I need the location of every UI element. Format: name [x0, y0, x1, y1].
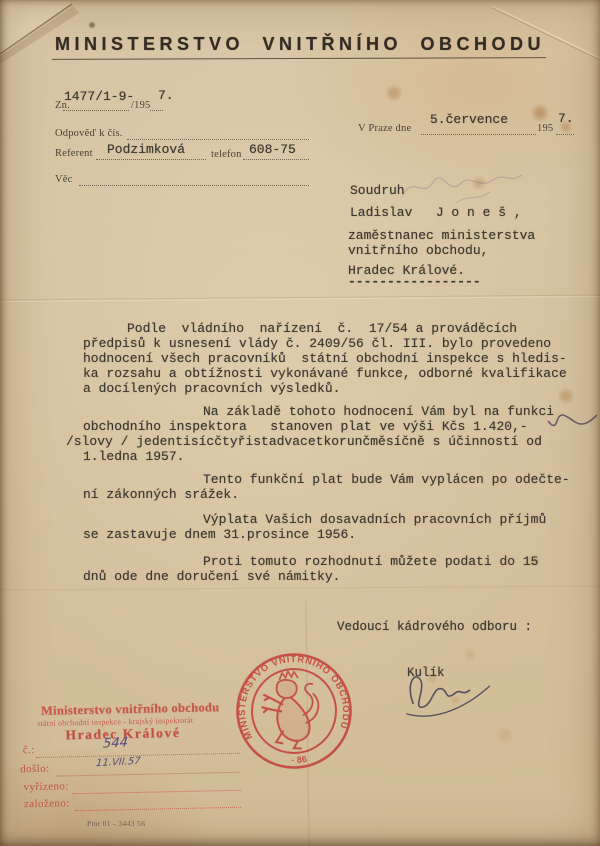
paragraph-line: Podle vládního nařízení č. 17/54 a prová…	[83, 321, 567, 336]
addressee-role-1: zaměstnanec ministerstva	[348, 228, 535, 243]
referent-value: Podzimková	[107, 142, 185, 157]
registry-row-received-line	[56, 770, 240, 777]
zn-value: 1477/1-9-	[64, 89, 134, 104]
paragraph-line: ka rozsahu a obtížnosti vykonávané funkc…	[83, 366, 567, 381]
paragraph-line: ní zákonných srážek.	[83, 487, 570, 502]
ministry-header-title: MINISTERSTVO VNITŘNÍHO OBCHODU	[50, 34, 550, 55]
vec-label: Věc	[55, 174, 73, 185]
signature-scribble	[395, 657, 505, 723]
paragraph-line: 1.ledna 1957.	[83, 449, 554, 464]
registry-row-filed-line	[75, 805, 241, 811]
paragraph-line: a docílených pracovních výsledků.	[83, 381, 567, 396]
czech-lion-emblem	[259, 669, 323, 752]
paragraph-line: Na základě tohoto hodnocení Vám byl na f…	[83, 404, 554, 419]
paragraph-line: se zastavuje dnem 31.prosince 1956.	[83, 527, 546, 542]
referent-label: Referent	[55, 148, 93, 159]
paragraph-line: Tento funkční plat bude Vám vyplácen po …	[83, 472, 570, 487]
date-dotted-line	[421, 132, 536, 135]
addressee-role-2: vnitřního obchodu,	[348, 243, 488, 258]
paragraph-1: Podle vládního nařízení č. 17/54 a prová…	[83, 321, 567, 396]
addressee-salutation: Soudruh	[350, 183, 405, 198]
registry-row-processed-label: vyřízeno:	[23, 780, 68, 793]
paragraph-4: Výplata Vašich dosavadních pracovních př…	[83, 512, 546, 542]
scanned-letter-page: MINISTERSTVO VNITŘNÍHO OBCHODU Zn. 1477/…	[0, 0, 600, 846]
date-year-value: 7.	[558, 111, 574, 126]
addressee-underline-dashes: -----------------	[348, 274, 481, 289]
odpoved-dotted-line	[127, 137, 309, 140]
referent-dotted-line	[96, 157, 206, 160]
registry-row-filed-label: založeno:	[24, 797, 70, 810]
handwritten-file-number: 544	[102, 735, 128, 751]
paragraph-line: hodnocení všech pracovníků státní obchod…	[83, 351, 567, 366]
paragraph-2: Na základě tohoto hodnocení Vám byl na f…	[83, 404, 554, 464]
telefon-label: telefon	[211, 149, 242, 160]
crease-horizontal-faint	[0, 586, 600, 590]
date-value: 5.července	[430, 112, 508, 127]
vec-dotted-line	[79, 183, 309, 186]
registry-row-number-label: č.:	[23, 744, 35, 756]
date-year-line	[556, 132, 574, 135]
paragraph-3: Tento funkční plat bude Vám vyplácen po …	[83, 472, 570, 502]
pencil-scribble	[398, 163, 533, 211]
print-code: Pmt 01 - 3443 56	[87, 819, 146, 828]
zn-dotted-line	[63, 108, 129, 111]
zn-printed-suffix: /195	[131, 100, 150, 111]
place-date-label: V Praze dne	[358, 123, 411, 134]
stamp-number: · 86	[291, 754, 307, 766]
zn-year-line	[150, 108, 163, 111]
addressee-name: Ladislav J o n e š ,	[350, 205, 522, 220]
telefon-value: 608-75	[249, 142, 296, 157]
odpoved-label: Odpověď k čís.	[55, 128, 123, 139]
telefon-dotted-line	[243, 157, 309, 160]
paragraph-line: /slovy / jedentisícčtyřistadvacetkorunčm…	[66, 434, 554, 449]
registry-row-processed-line	[73, 788, 241, 795]
paragraph-line: předpisů k usnesení vlády č. 2409/56 čl.…	[83, 336, 567, 351]
registry-row-received-label: došlo:	[20, 763, 50, 776]
paragraph-line: obchodního inspektora stanoven plat ve v…	[83, 419, 554, 434]
paragraph-line: Výplata Vašich dosavadních pracovních př…	[83, 512, 546, 527]
paragraph-5: Proti tomuto rozhodnutí můžete podati do…	[83, 554, 538, 584]
paragraph-line: dnů ode dne doručení své námitky.	[83, 569, 538, 584]
signer-title: Vedoucí kádrového odboru :	[337, 620, 532, 634]
zn-year-value: 7.	[158, 88, 174, 103]
paragraph-line: Proti tomuto rozhodnutí můžete podati do…	[83, 554, 538, 569]
date-printed-century: 195	[537, 123, 553, 134]
handwritten-checkmark	[545, 406, 600, 436]
